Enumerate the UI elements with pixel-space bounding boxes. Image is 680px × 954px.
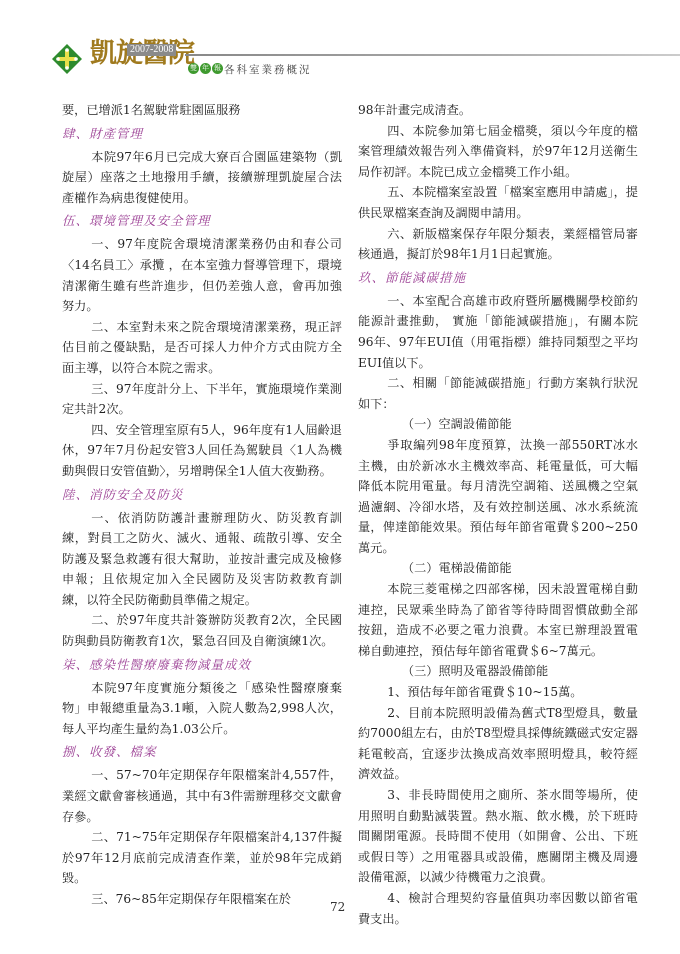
badge: 年 [200,63,211,74]
paragraph: 要，已增派1名駕駛常駐園區服務 [62,100,342,121]
paragraph: 三、76~85年定期保存年限檔案在於 [62,889,342,910]
paragraph: 1、預估每年節省電費＄10~15萬。 [358,682,638,703]
section-title: 各科室業務概況 [224,62,312,77]
paragraph: 爭取編列98年度預算，汰換一部550RT冰水主機，由於新冰水主機效率高、耗電量低… [358,435,638,559]
paragraph: （三）照明及電器設備節能 [358,661,638,682]
paragraph: 一、本室配合高雄市政府暨所屬機關學校節約能源計畫推動， 實施「節能減碳措施」，有… [358,291,638,373]
left-column: 要，已增派1名駕駛常駐園區服務肆、財產管理本院97年6月已完成大寮百合園區建築物… [62,100,342,910]
paragraph: 一、依消防防護計畫辦理防火、防災教育訓練，對員工之防火、滅火、通報、疏散引導、安… [62,508,342,611]
paragraph: 4、檢討合理契約容量值與功率因數以節省電費支出。 [358,888,638,929]
paragraph: 3、非長時間使用之廁所、茶水間等場所，使用照明自動點滅裝置。熱水瓶、飲水機，於下… [358,785,638,888]
paragraph: 六、新版檔案保存年限分類表，業經檔管局審核通過，擬訂於98年1月1日起實施。 [358,224,638,265]
paragraph: 四、安全管理室原有5人，96年度有1人屆齡退休，97年7月份起安管3人回任為駕駛… [62,420,342,482]
paragraph: 二、於97年度共計簽辦防災教育2次，全民國防與動員防衛教育1次，緊急召回及自衛演… [62,610,342,651]
section-heading: 柒、感染性醫療廢棄物減量成效 [62,654,342,676]
paragraph: （二）電梯設備節能 [358,558,638,579]
paragraph: 二、本室對未來之院舍環境清潔業務，現正評估目前之優缺點，是否可採人力仲介方式由院… [62,317,342,379]
section-heading: 玖、節能減碳措施 [358,267,638,289]
paragraph: 98年計畫完成清查。 [358,100,638,121]
paragraph: 本院三菱電梯之四部客梯，因未設置電梯自動連控，民眾乘坐時為了節省等待時間習慣啟動… [358,579,638,661]
page-number: 72 [330,900,345,914]
right-column: 98年計畫完成清查。四、本院參加第七屆金檔獎，須以今年度的檔案管理績效報告列入準… [358,100,638,929]
paragraph: 四、本院參加第七屆金檔獎，須以今年度的檔案管理績效報告列入準備資料，於97年12… [358,121,638,183]
paragraph: 二、71~75年定期保存年限檔案計4,137件擬於97年12月底前完成清查作業，… [62,827,342,889]
badge: 報 [212,63,223,74]
section-heading: 陸、消防安全及防災 [62,484,342,506]
annual-report-badges: 雙 年 報 [188,63,223,74]
paragraph: （一）空調設備節能 [358,414,638,435]
paragraph: 一、57~70年定期保存年限檔案計4,557件，業經文獻會審核通過，其中有3件需… [62,765,342,827]
paragraph: 本院97年6月已完成大寮百合園區建築物（凱旋屋）座落之土地撥用手續，接續辦理凱旋… [62,147,342,209]
year-range-tag: 2007-2008 [127,44,176,56]
section-heading: 伍、環境管理及安全管理 [62,210,342,232]
page-header: 凱旋醫院 2007-2008 雙 年 報 各科室業務概況 [0,0,680,90]
paragraph: 二、相關「節能減碳措施」行動方案執行狀況如下： [358,373,638,414]
paragraph: 2、目前本院照明設備為舊式T8型燈具，數量約7000組左右，由於T8型燈具採傳統… [358,703,638,785]
paragraph: 本院97年度實施分類後之「感染性醫療廢棄物」申報總重量為3.1噸，入院人數為2,… [62,678,342,740]
paragraph: 一、97年度院舍環境清潔業務仍由和春公司〈14名員工〉承攬 ，在本室強力督導管理… [62,234,342,316]
paragraph: 三、97年度計分上、下半年，實施環境作業測定共計2次。 [62,379,342,420]
hospital-logo-icon [52,44,82,74]
section-heading: 捌、收發、檔案 [62,741,342,763]
badge: 雙 [188,63,199,74]
paragraph: 五、本院檔案室設置「檔案室應用申請處」，提供民眾檔案查詢及調閱申請用。 [358,182,638,223]
section-heading: 肆、財產管理 [62,123,342,145]
header-rule [185,54,680,56]
